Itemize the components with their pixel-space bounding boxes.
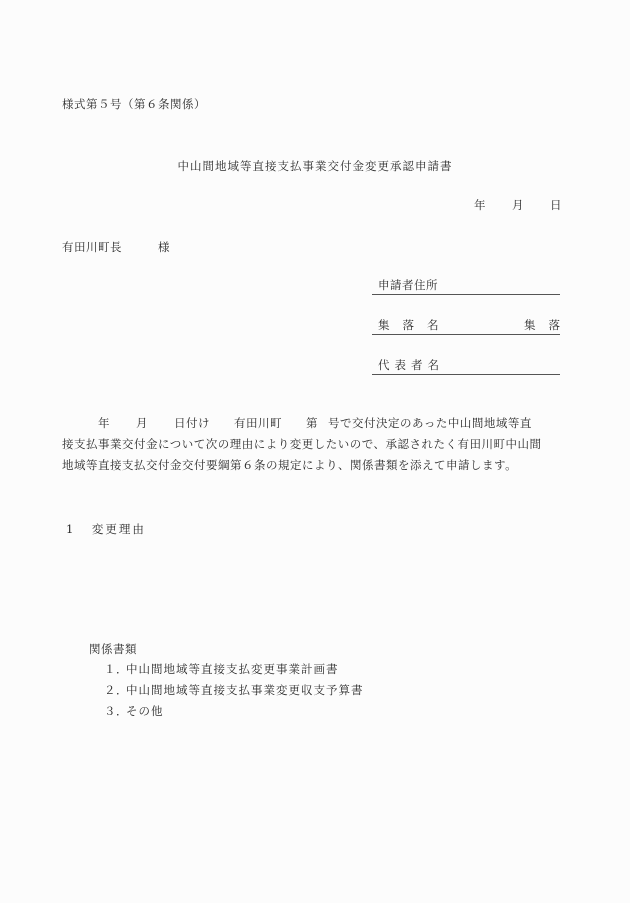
list-item: ３．その他 <box>104 701 364 722</box>
item-number: ２． <box>104 680 126 701</box>
body-dai: 第 <box>306 413 318 434</box>
item-number: １． <box>104 659 126 680</box>
body-line-1: 年月日付け有田川町第号で交付決定のあった中山間地域等直 <box>62 413 562 434</box>
representative-name-field[interactable]: 代表者名 <box>372 356 560 375</box>
representative-name-label: 代表者名 <box>378 357 444 373</box>
body-month: 月 <box>136 413 148 434</box>
item-number: ３． <box>104 701 126 722</box>
related-documents-heading: 関係書類 <box>89 641 137 657</box>
item-text: 中山間地域等直接支払事業変更収支予算書 <box>126 683 364 697</box>
body-line1-rest: 号で交付決定のあった中山間地域等直 <box>328 413 532 434</box>
application-body: 年月日付け有田川町第号で交付決定のあった中山間地域等直 接支払事業交付金について… <box>62 413 562 476</box>
document-title: 中山間地域等直接支払事業交付金変更承認申請書 <box>0 158 630 174</box>
addressee-honorific: 様 <box>158 240 170 254</box>
village-name-field[interactable]: 集落名 集落 <box>372 316 560 335</box>
related-documents-list: １．中山間地域等直接支払変更事業計画書 ２．中山間地域等直接支払事業変更収支予算… <box>104 659 364 722</box>
list-item: １．中山間地域等直接支払変更事業計画書 <box>104 659 364 680</box>
form-number: 様式第５号（第６条関係） <box>62 96 206 112</box>
body-year: 年 <box>98 413 110 434</box>
addressee-name: 有田川町長 <box>62 240 122 254</box>
month-label: 月 <box>512 197 524 213</box>
item-text: 中山間地域等直接支払変更事業計画書 <box>126 662 339 676</box>
body-town: 有田川町 <box>234 413 282 434</box>
village-suffix: 集落 <box>524 317 573 333</box>
body-day: 日付け <box>174 413 210 434</box>
body-line-3: 地域等直接支払交付金交付要綱第６条の規定により、関係書類を添えて申請します。 <box>62 455 562 476</box>
addressee: 有田川町長様 <box>62 239 170 255</box>
item-text: その他 <box>126 704 164 718</box>
year-label: 年 <box>474 197 486 213</box>
change-reason-heading: 1変更理由 <box>66 521 146 537</box>
day-label: 日 <box>550 197 562 213</box>
applicant-address-field[interactable]: 申請者住所 <box>372 276 560 295</box>
list-item: ２．中山間地域等直接支払事業変更収支予算書 <box>104 680 364 701</box>
date-line: 年月日 <box>474 197 562 213</box>
village-name-label: 集落名 <box>378 317 452 333</box>
applicant-address-label: 申請者住所 <box>378 277 438 293</box>
section-number: 1 <box>66 522 74 536</box>
body-line-2: 接支払事業交付金について次の理由により変更したいので、承認されたく有田川町中山間 <box>62 434 562 455</box>
section-title: 変更理由 <box>92 522 146 536</box>
